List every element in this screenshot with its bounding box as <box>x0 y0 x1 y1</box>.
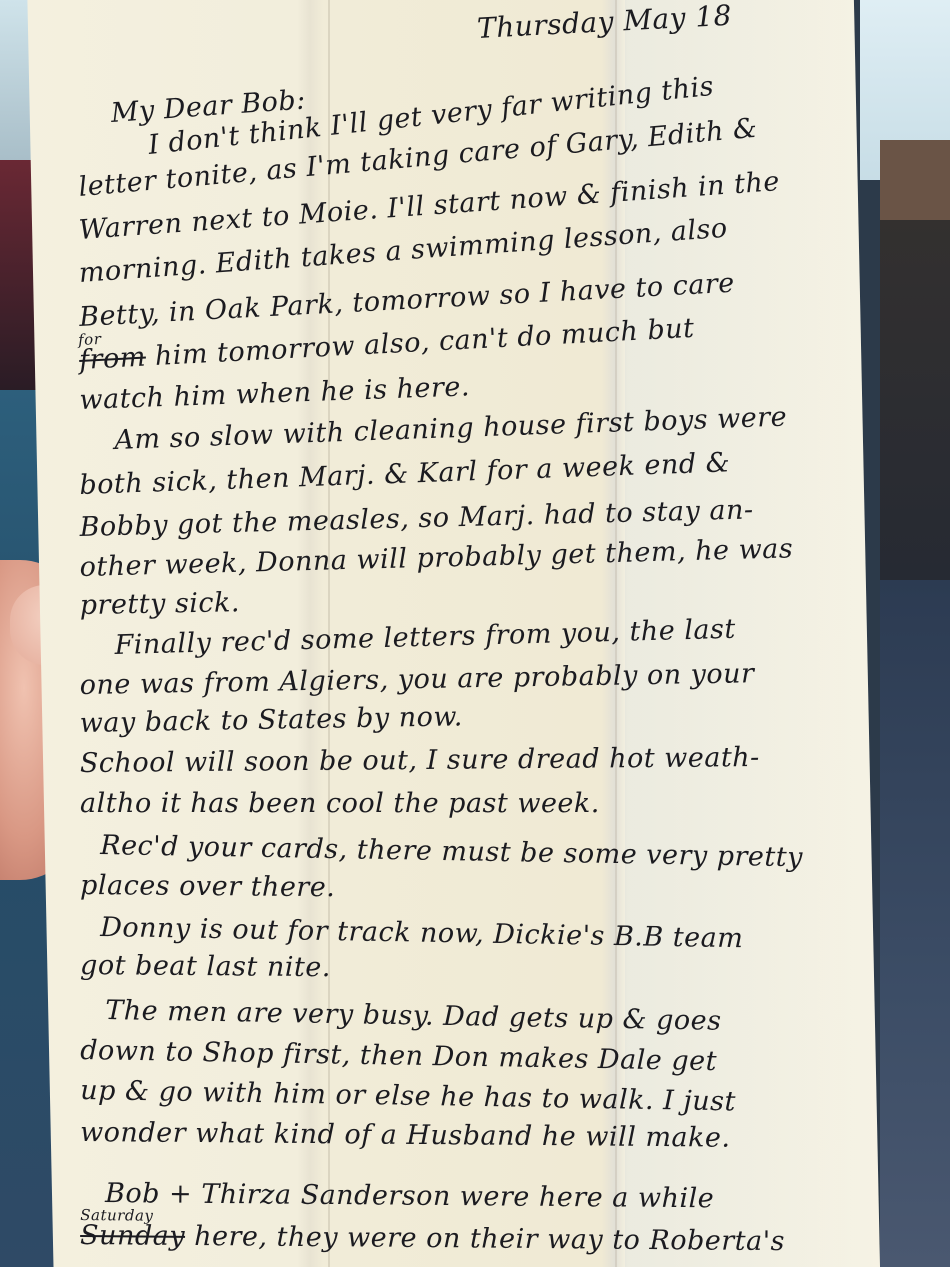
letter-line: wonder what kind of a Husband he will ma… <box>80 1117 731 1154</box>
dresser <box>880 220 950 580</box>
letter-line: altho it has been cool the past week. <box>80 788 600 819</box>
letter-line: places over there. <box>80 870 335 903</box>
letter-line: got beat last nite. <box>80 950 331 983</box>
letter-line: Bob + Thirza Sanderson were here a while <box>105 1178 714 1214</box>
letter-line: pretty sick. <box>79 587 240 621</box>
inserted-word: for <box>78 330 102 349</box>
inserted-word: Saturday <box>80 1206 153 1225</box>
letter-line: School will soon be out, I sure dread ho… <box>80 742 760 779</box>
struck-word: Sunday <box>80 1220 185 1252</box>
correction: for from <box>78 342 146 376</box>
line-text: here, they were on their way to Roberta'… <box>194 1221 785 1257</box>
letter-line: Saturday Sunday here, they were on their… <box>80 1220 785 1257</box>
carpet-right <box>880 580 950 1267</box>
shelf <box>880 140 950 220</box>
correction: Saturday Sunday <box>80 1220 185 1252</box>
